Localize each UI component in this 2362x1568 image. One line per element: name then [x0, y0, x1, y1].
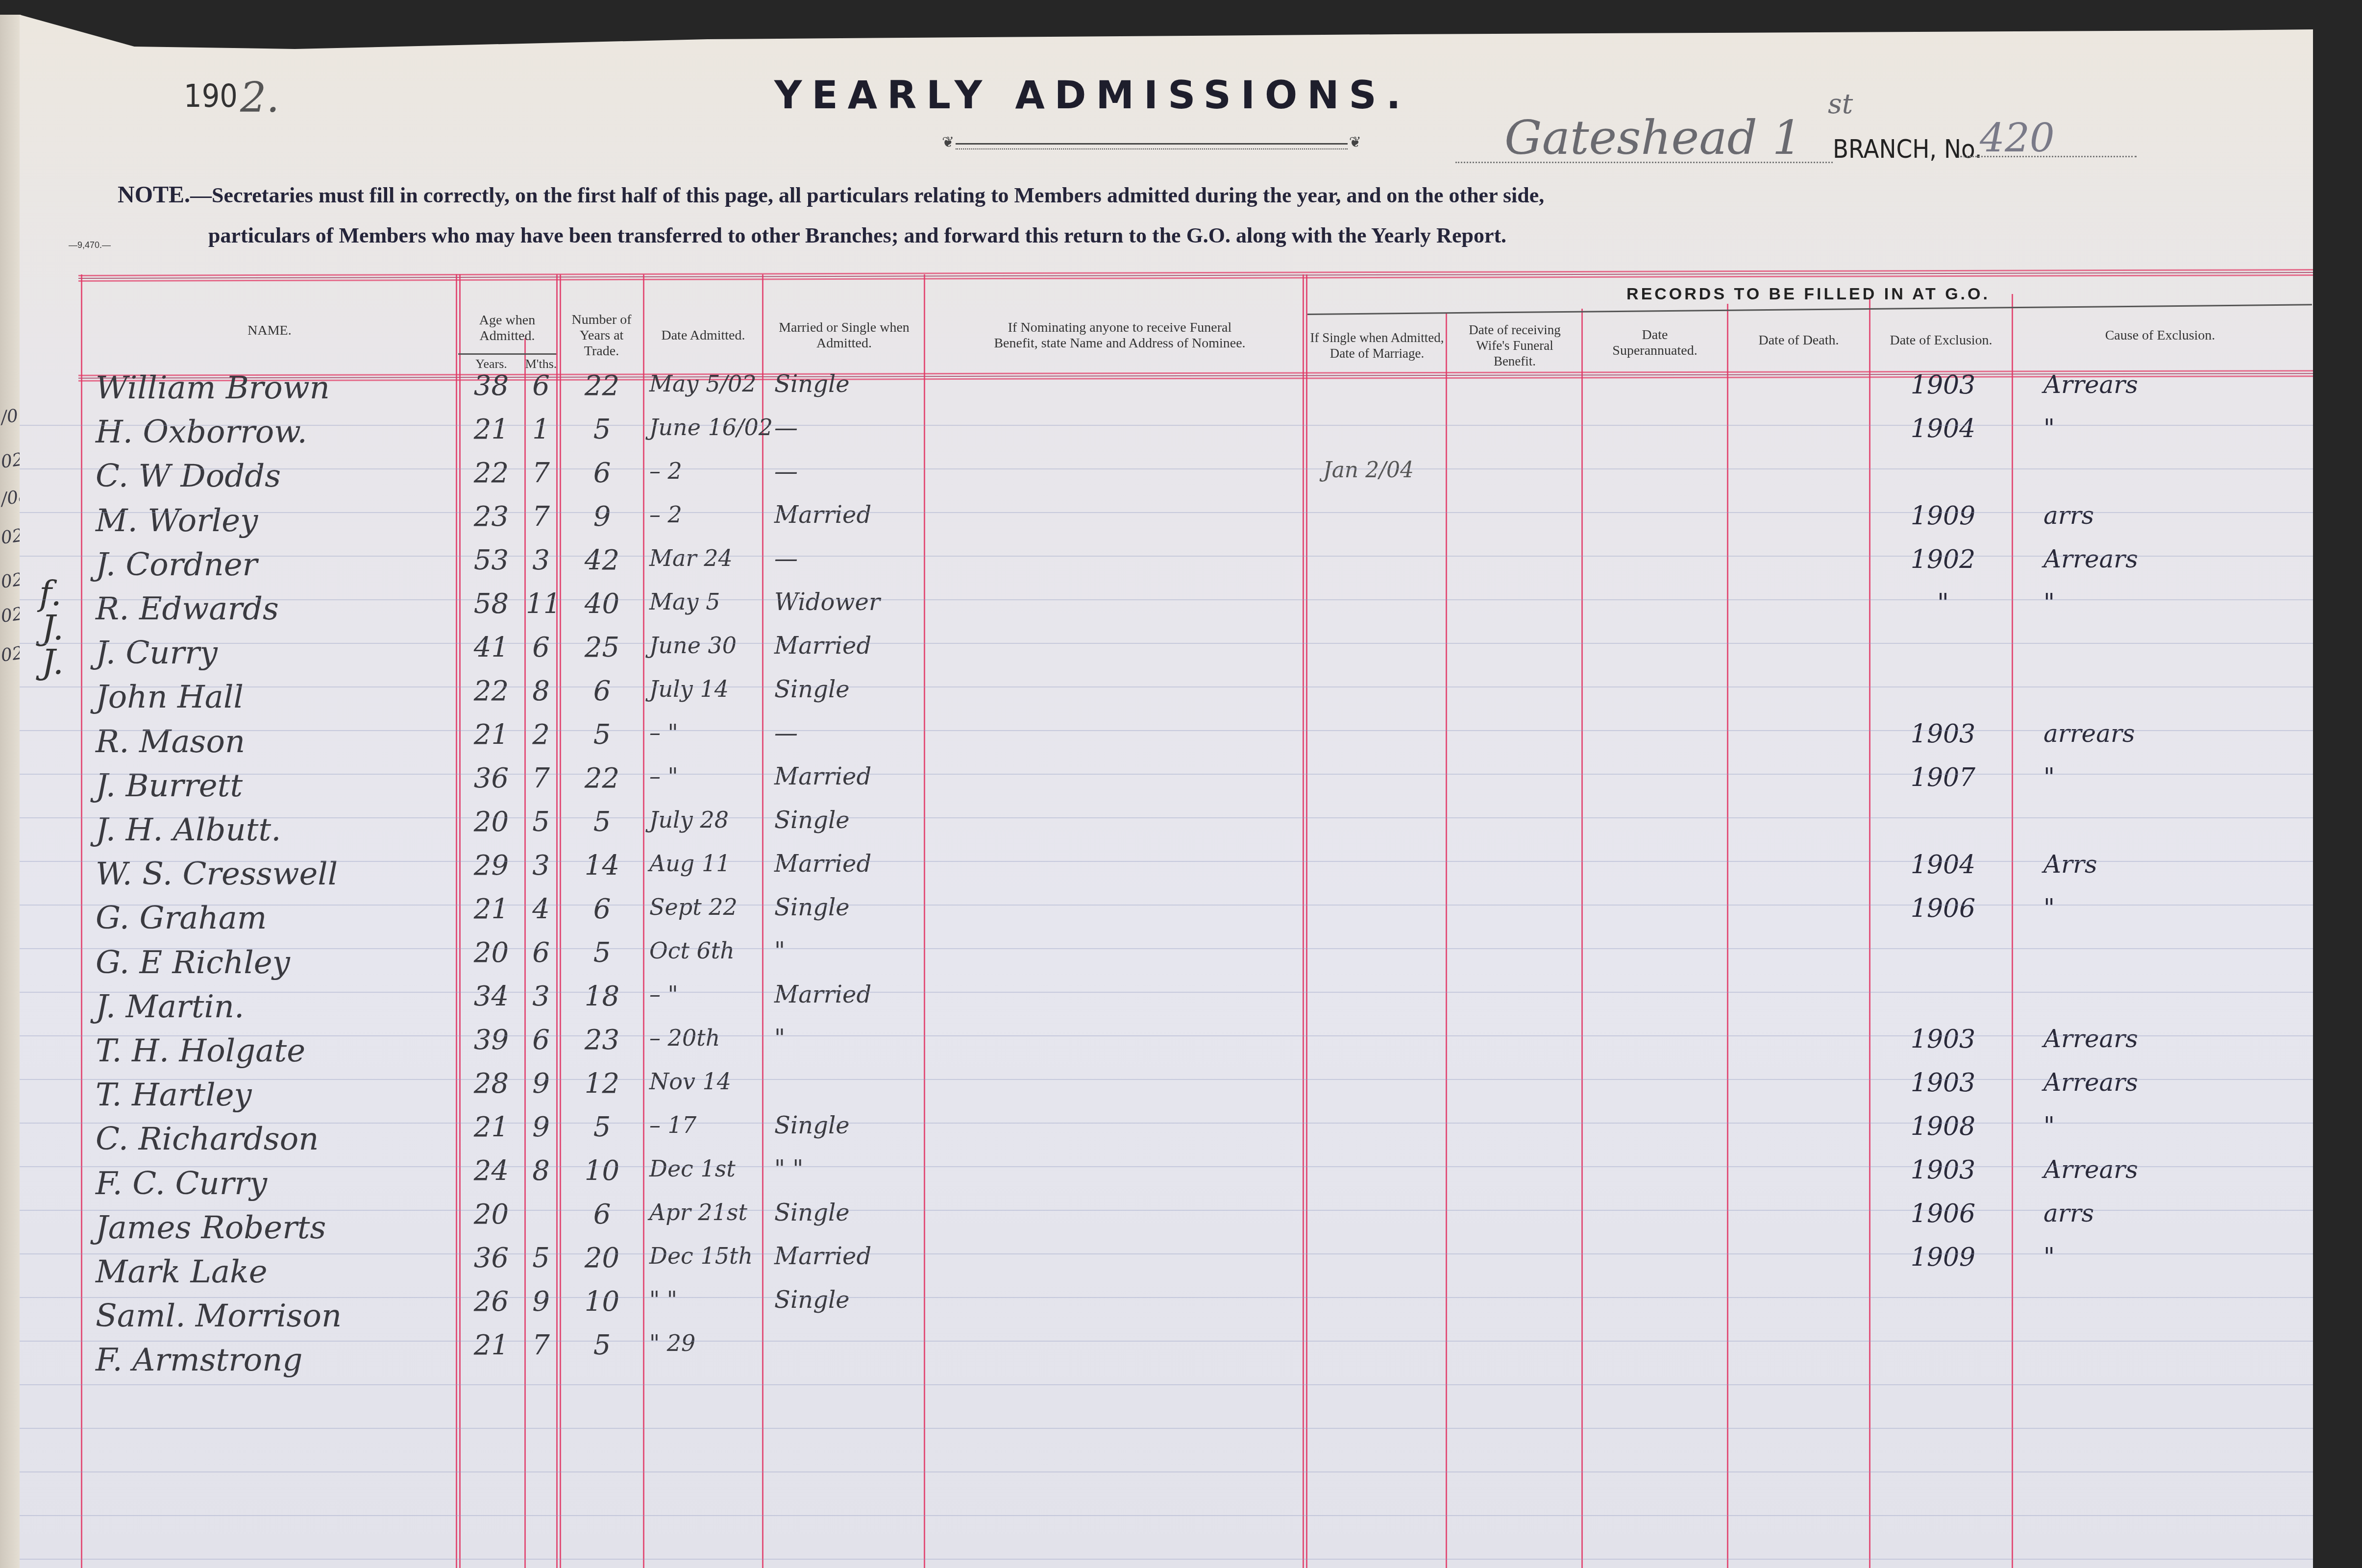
branch-label: BRANCH, No.	[1833, 135, 1982, 164]
cell-status: Married	[774, 765, 921, 788]
cell-date: – "	[649, 765, 762, 787]
cell-status: —	[774, 547, 921, 570]
note-text-1: —Secretaries must fill in correctly, on …	[190, 183, 1544, 207]
cell-years: 53	[458, 547, 524, 574]
cell-name: C. Richardson	[96, 1124, 448, 1155]
cell-years: 21	[458, 1114, 524, 1141]
cell-date: Apr 21st	[649, 1201, 762, 1224]
cell-cause: "	[2043, 590, 2239, 615]
note-line-2: particulars of Members who may have been…	[208, 223, 1506, 248]
cell-status: Single	[774, 1114, 921, 1137]
cell-exclusion: 1906	[1877, 896, 2009, 921]
cell-trade: 14	[561, 852, 643, 880]
cell-date: July 28	[649, 808, 762, 831]
cell-name: James Roberts	[96, 1212, 448, 1244]
cell-months: 9	[526, 1288, 556, 1316]
cell-months: 3	[526, 852, 556, 880]
cell-months: 8	[526, 678, 556, 705]
cell-cause: Arrears	[2043, 1070, 2239, 1095]
cell-trade: 22	[561, 765, 643, 792]
cell-name: C. W Dodds	[96, 461, 448, 492]
cell-exclusion: 1908	[1877, 1114, 2009, 1139]
cell-name: J. Martin.	[96, 991, 448, 1023]
cell-date: – 2	[649, 503, 762, 526]
cell-exclusion: "	[1877, 590, 2009, 616]
cell-status: —	[774, 416, 921, 440]
cell-months: 9	[526, 1114, 556, 1141]
cell-years: 21	[458, 1332, 524, 1359]
cell-status: Single	[774, 372, 921, 396]
age-subheader-rule	[458, 353, 556, 355]
nominee-column-line	[1303, 274, 1307, 1568]
branch-name: Gateshead 1	[1504, 110, 1802, 165]
cell-exclusion: 1903	[1877, 1157, 2009, 1183]
cell-exclusion: 1904	[1877, 852, 2009, 878]
cell-months: 4	[526, 896, 556, 923]
cell-status: Married	[774, 1245, 921, 1268]
margin-mark: J.	[42, 642, 64, 682]
cell-status: Widower	[774, 590, 921, 614]
months-column-line	[556, 274, 561, 1568]
cell-years: 58	[458, 590, 524, 618]
header-exclusion: Date of Exclusion.	[1870, 314, 2012, 367]
cell-name: T. H. Holgate	[96, 1035, 448, 1067]
cell-years: 38	[458, 372, 524, 400]
cell-cause: "	[2043, 416, 2239, 441]
cell-years: 22	[458, 678, 524, 705]
death-column-line	[1869, 299, 1870, 1568]
cell-name: J. Burrett	[96, 770, 448, 802]
cell-exclusion: 1906	[1877, 1201, 2009, 1226]
cell-cause: Arrears	[2043, 372, 2239, 397]
cell-months: 6	[526, 939, 556, 967]
cell-date: – 2	[649, 460, 762, 482]
cell-date: June 16/02	[649, 416, 762, 439]
cell-years: 36	[458, 1245, 524, 1272]
cell-date: – "	[649, 721, 762, 744]
cell-cause: arrears	[2043, 721, 2239, 746]
cell-months: 6	[526, 634, 556, 661]
cell-date: – "	[649, 983, 762, 1005]
cell-years: 20	[458, 808, 524, 836]
cell-date: " 29	[649, 1332, 762, 1354]
cell-name: H. Oxborrow.	[96, 416, 448, 448]
title-ornament-rule	[956, 143, 1348, 149]
cell-months: 7	[526, 503, 556, 531]
cell-status: Single	[774, 1288, 921, 1312]
cell-months: 2	[526, 721, 556, 749]
cell-trade: 10	[561, 1288, 643, 1316]
cell-trade: 6	[561, 1201, 643, 1228]
cell-years: 21	[458, 896, 524, 923]
wife-funeral-column-line	[1581, 309, 1583, 1568]
branch-number-dotted-line	[1960, 156, 2137, 157]
exclusion-column-line	[2012, 294, 2013, 1568]
cell-exclusion: 1909	[1877, 1245, 2009, 1270]
cell-trade: 5	[561, 939, 643, 967]
cell-months: 9	[526, 1070, 556, 1098]
cell-cause: Arrears	[2043, 1027, 2239, 1051]
cell-trade: 5	[561, 416, 643, 443]
cell-name: F. Armstrong	[96, 1345, 448, 1376]
superannuated-column-line	[1727, 304, 1728, 1568]
cell-years: 41	[458, 634, 524, 661]
cell-cause: "	[2043, 1245, 2239, 1269]
cell-exclusion: 1903	[1877, 1027, 2009, 1052]
cell-status: "	[774, 939, 921, 963]
cell-years: 26	[458, 1288, 524, 1316]
cell-date: – 17	[649, 1114, 762, 1136]
cell-name: R. Edwards	[96, 593, 448, 625]
header-nominee: If Nominating anyone to receive Funeral …	[941, 301, 1299, 370]
cell-trade: 6	[561, 896, 643, 923]
header-death: Date of Death.	[1728, 314, 1869, 367]
cell-months: 3	[526, 983, 556, 1010]
cell-name: T. Hartley	[96, 1079, 448, 1111]
cell-name: G. E Richley	[96, 947, 448, 979]
cell-status: Married	[774, 852, 921, 876]
cell-trade: 23	[561, 1027, 643, 1054]
if-single-column-line	[1446, 314, 1447, 1568]
cell-name: John Hall	[96, 682, 448, 713]
cell-status: "	[774, 1027, 921, 1050]
cell-name: R. Mason	[96, 726, 448, 758]
cell-trade: 5	[561, 1332, 643, 1359]
cell-trade: 20	[561, 1245, 643, 1272]
header-name: NAME.	[83, 294, 456, 367]
cell-exclusion: 1903	[1877, 1070, 2009, 1096]
cell-trade: 9	[561, 503, 643, 531]
cell-months: 7	[526, 765, 556, 792]
cell-status: Married	[774, 503, 921, 527]
cell-trade: 40	[561, 590, 643, 618]
cell-years: 28	[458, 1070, 524, 1098]
cell-years: 34	[458, 983, 524, 1010]
cell-months: 3	[526, 547, 556, 574]
cell-months: 5	[526, 808, 556, 836]
cell-exclusion: 1907	[1877, 765, 2009, 790]
cell-years: 36	[458, 765, 524, 792]
cell-date: Nov 14	[649, 1070, 762, 1093]
cell-trade: 5	[561, 721, 643, 749]
cell-status: Single	[774, 896, 921, 919]
branch-number: 420	[1980, 115, 2055, 161]
cell-name: Saml. Morrison	[96, 1300, 448, 1332]
header-age: Age when Admitted.	[458, 306, 556, 350]
cell-name: J. Cordner	[96, 549, 448, 581]
cell-months: 6	[526, 1027, 556, 1054]
header-if-single-marriage: If Single when Admitted, Date of Marriag…	[1308, 316, 1446, 375]
cell-trade: 18	[561, 983, 643, 1010]
cell-date: " "	[649, 1288, 762, 1311]
cell-date: May 5	[649, 590, 762, 613]
cell-cause: "	[2043, 1114, 2239, 1138]
cell-date: July 14	[649, 678, 762, 700]
cell-status: Single	[774, 808, 921, 832]
cell-date: May 5/02	[649, 372, 762, 395]
cell-months: 11	[526, 590, 556, 618]
margin-column-line	[81, 274, 82, 1568]
cell-status: Married	[774, 634, 921, 658]
note-lead: NOTE.	[118, 182, 190, 208]
note-line-1: NOTE.—Secretaries must fill in correctly…	[118, 181, 1544, 208]
cell-name: William Brown	[96, 372, 448, 404]
header-date-admitted: Date Admitted.	[644, 301, 762, 370]
cell-name: Mark Lake	[96, 1256, 448, 1288]
cell-name: G. Graham	[96, 903, 448, 934]
cell-trade: 5	[561, 1114, 643, 1141]
cell-trade: 5	[561, 808, 643, 836]
cell-years: 21	[458, 721, 524, 749]
cell-trade: 22	[561, 372, 643, 400]
cell-trade: 25	[561, 634, 643, 661]
cell-date: Sept 22	[649, 896, 762, 918]
cell-cause: arrs	[2043, 503, 2239, 528]
header-records-group: RECORDS TO BE FILLED IN AT G.O.	[1308, 279, 2308, 309]
cell-years: 23	[458, 503, 524, 531]
cell-trade: 12	[561, 1070, 643, 1098]
cell-date: Mar 24	[649, 547, 762, 569]
cell-months: 7	[526, 460, 556, 487]
cell-cause: Arrears	[2043, 547, 2239, 571]
cell-months: 5	[526, 1245, 556, 1272]
cell-years: 20	[458, 939, 524, 967]
cell-date: Dec 15th	[649, 1245, 762, 1267]
cell-months: 1	[526, 416, 556, 443]
cell-exclusion: 1903	[1877, 372, 2009, 398]
cell-cause: "	[2043, 896, 2239, 920]
cell-status: —	[774, 460, 921, 483]
cell-years: 24	[458, 1157, 524, 1185]
form-code: —9,470.—	[69, 240, 111, 250]
cell-status: Single	[774, 1201, 921, 1225]
cell-months: 8	[526, 1157, 556, 1185]
header-wife-funeral: Date of receiving Wife's Funeral Benefit…	[1448, 316, 1581, 375]
header-superannuated: Date Superannuated.	[1583, 314, 1727, 372]
cell-cause: Arrs	[2043, 852, 2239, 877]
cell-trade: 42	[561, 547, 643, 574]
branch-name-superscript: st	[1828, 88, 1853, 120]
year-printed: 190	[184, 78, 238, 115]
cell-name: W. S. Cresswell	[96, 858, 448, 890]
page-title: YEARLY ADMISSIONS.	[774, 73, 1410, 118]
cell-date: Oct 6th	[649, 939, 762, 962]
trade-column-line	[643, 274, 644, 1568]
cell-exclusion: 1904	[1877, 416, 2009, 441]
ledger-page: 190 2. YEARLY ADMISSIONS. Gateshead 1 st…	[20, 0, 2313, 1568]
cell-cause: arrs	[2043, 1201, 2239, 1225]
cell-status: —	[774, 721, 921, 745]
cell-date: Dec 1st	[649, 1157, 762, 1180]
cell-years: 21	[458, 416, 524, 443]
header-years-at-trade: Number of Years at Trade.	[561, 301, 642, 370]
cell-status: " "	[774, 1157, 921, 1181]
cell-name: J. H. Albutt.	[96, 814, 448, 846]
cell-years: 39	[458, 1027, 524, 1054]
previous-page-edge: /0 02 /08 02 02 02 02	[0, 15, 21, 1568]
cell-status: Single	[774, 678, 921, 701]
cell-years: 20	[458, 1201, 524, 1228]
married-column-line	[924, 274, 925, 1568]
date-column-line	[762, 274, 763, 1568]
prev-page-note: /0	[0, 406, 20, 428]
cell-months: 6	[526, 372, 556, 400]
cell-cause: Arrears	[2043, 1157, 2239, 1182]
header-cause: Cause of Exclusion.	[2013, 309, 2307, 363]
cell-name: F. C. Curry	[96, 1168, 448, 1200]
cell-date: June 30	[649, 634, 762, 657]
cell-years: 29	[458, 852, 524, 880]
cell-exclusion: 1902	[1877, 547, 2009, 572]
year-handwritten: 2.	[240, 73, 279, 122]
cell-years: 22	[458, 460, 524, 487]
cell-exclusion: 1903	[1877, 721, 2009, 747]
cell-cause: "	[2043, 765, 2239, 789]
cell-status: Married	[774, 983, 921, 1006]
cell-exclusion: 1909	[1877, 503, 2009, 529]
cell-marriage: Jan 2/04	[1323, 460, 1446, 481]
cell-name: M. Worley	[96, 505, 448, 537]
branch-name-dotted-line	[1455, 162, 1833, 163]
cell-trade: 6	[561, 678, 643, 705]
cell-trade: 10	[561, 1157, 643, 1185]
cell-date: – 20th	[649, 1027, 762, 1049]
cell-months: 7	[526, 1332, 556, 1359]
cell-name: J. Curry	[96, 637, 448, 669]
header-married-single: Married or Single when Admitted.	[764, 301, 924, 370]
cell-trade: 6	[561, 460, 643, 487]
cell-date: Aug 11	[649, 852, 762, 875]
